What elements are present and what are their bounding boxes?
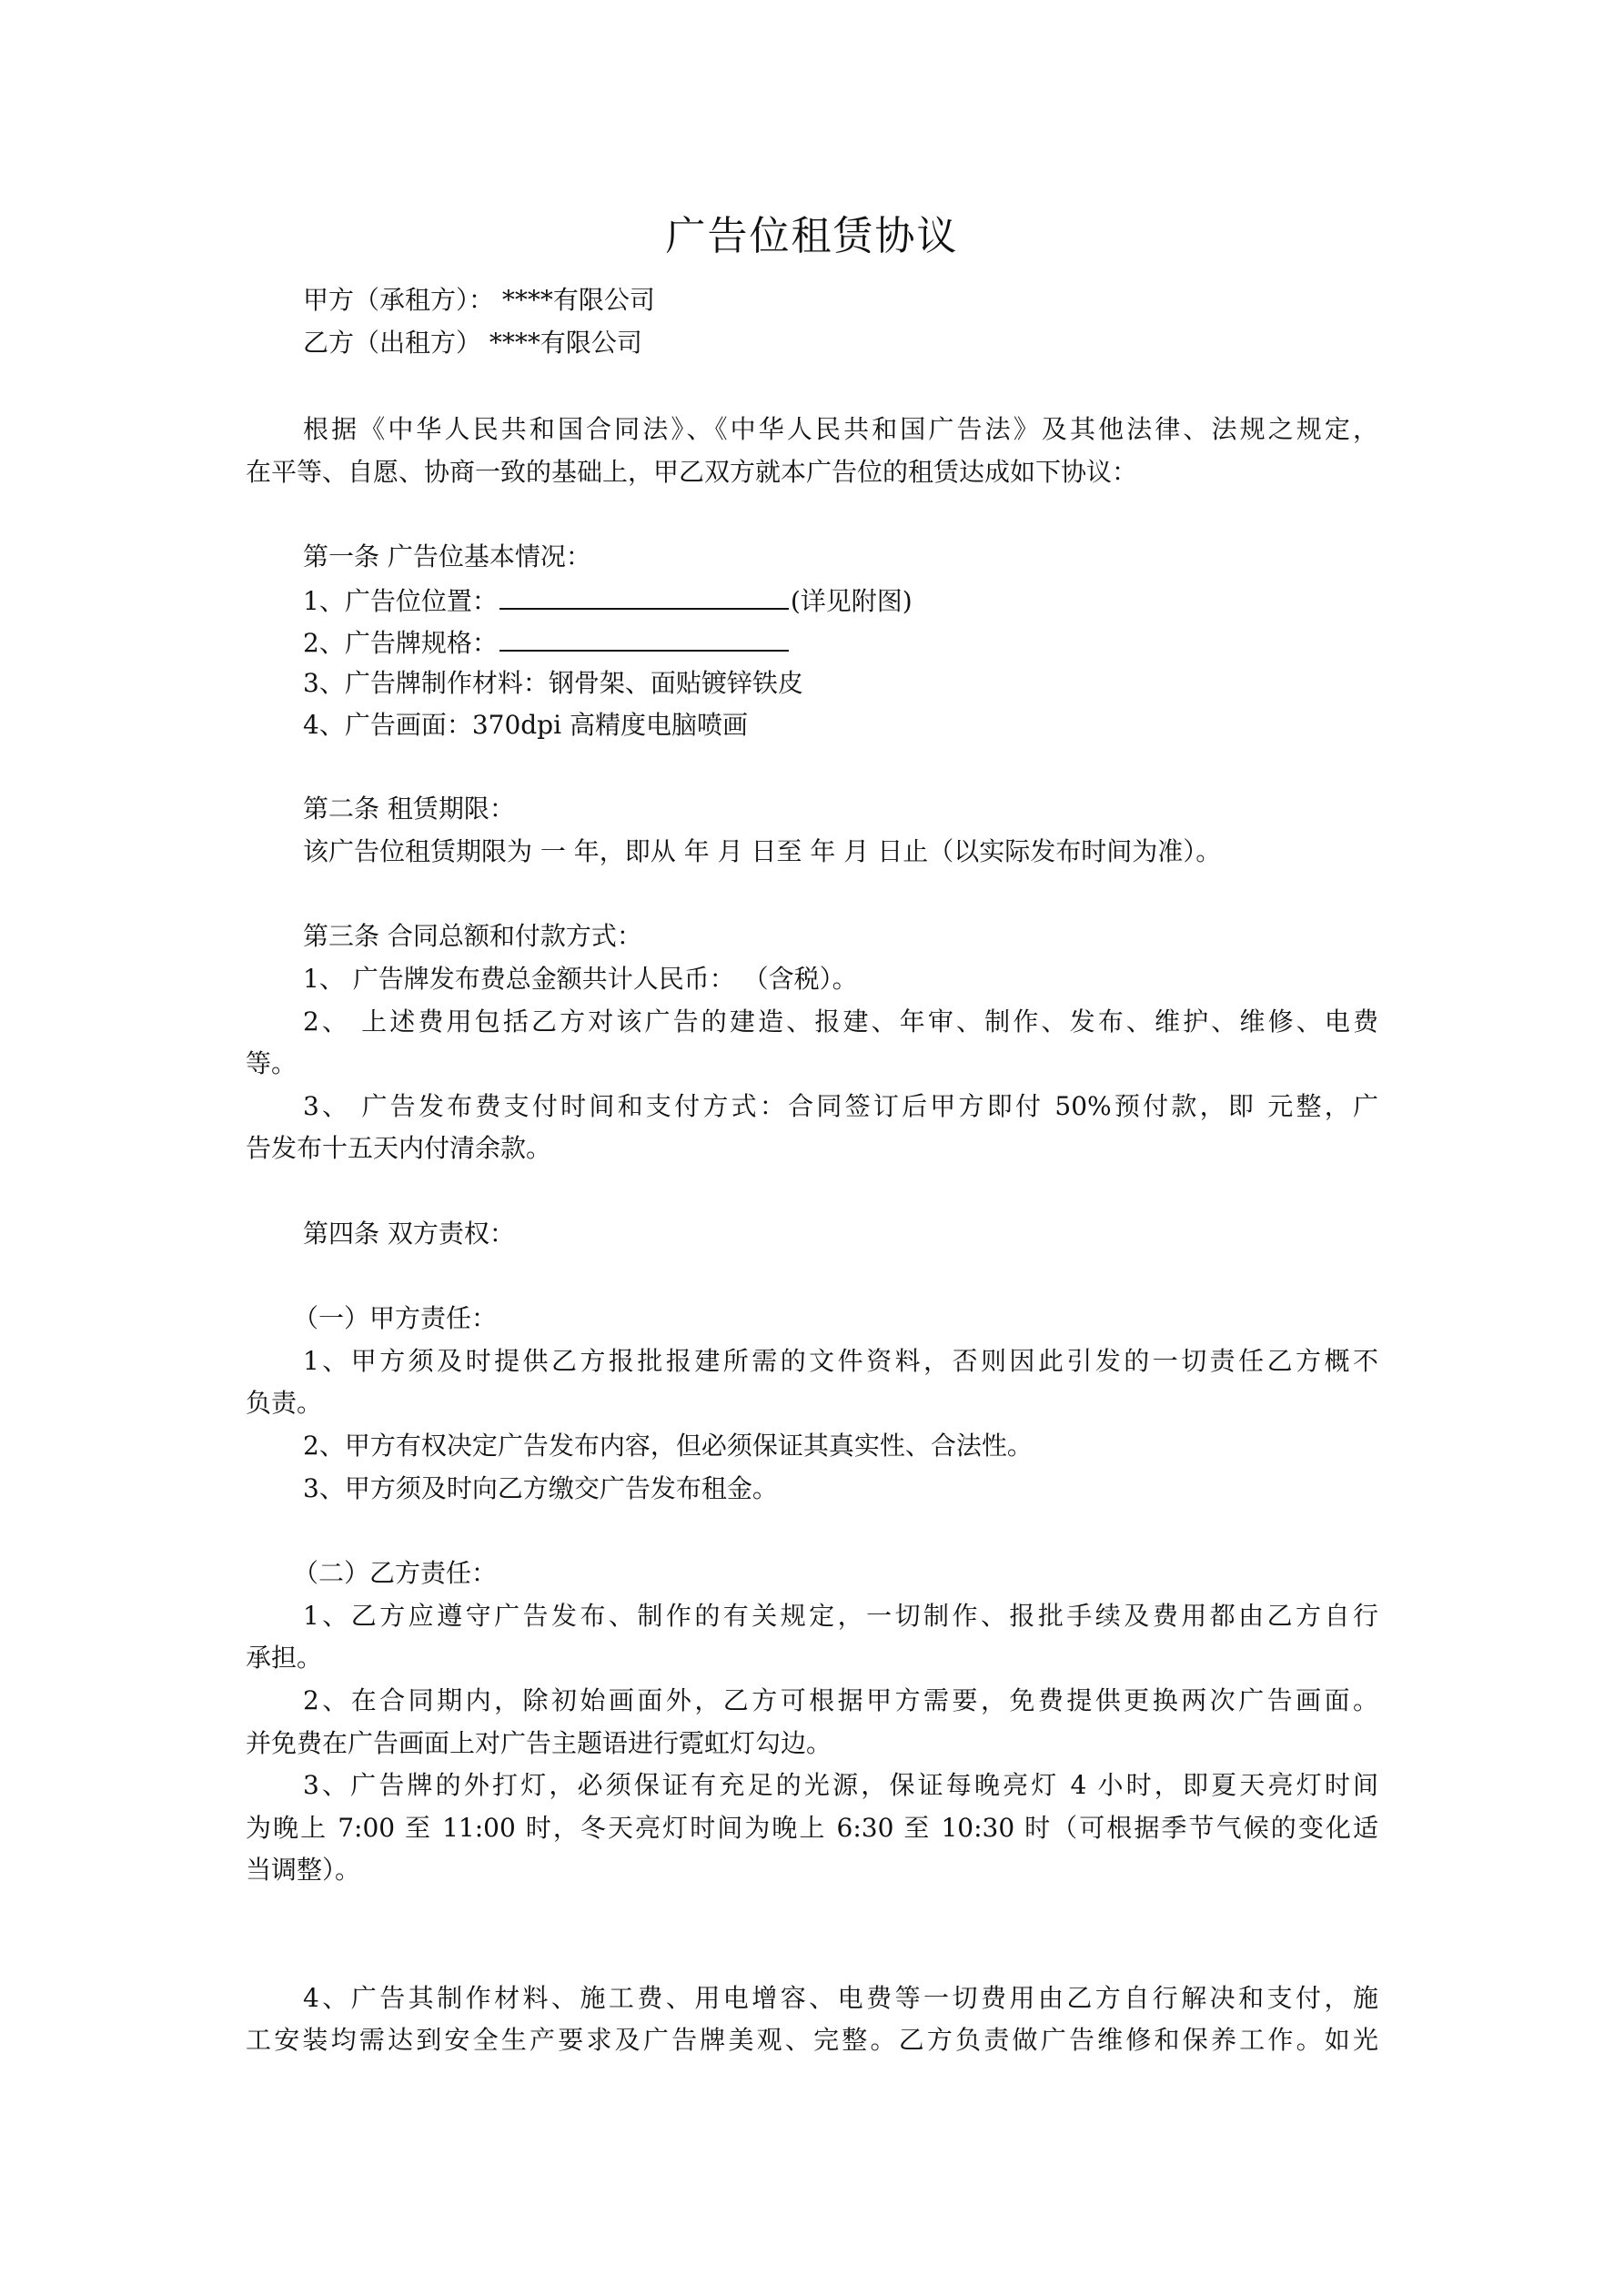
party-b-item-3-line-1: 3、广告牌的外打灯，必须保证有充足的光源，保证每晚亮灯 4 小时，即夏天亮灯时间 <box>303 1770 1378 1801</box>
party-a-item-1-line-1: 1、甲方须及时提供乙方报批报建所需的文件资料，否则因此引发的一切责任乙方概不 <box>303 1346 1378 1377</box>
party-a-section-heading: （一）甲方责任： <box>293 1303 497 1334</box>
party-b-item-1-line-1: 1、乙方应遵守广告发布、制作的有关规定，一切制作、报批手续及费用都由乙方自行 <box>303 1601 1378 1632</box>
item-1-suffix: (详见附图) <box>791 586 913 616</box>
party-b-item-3-line-2: 为晚上 7:00 至 11:00 时，冬天亮灯时间为晚上 6:30 至 10:3… <box>246 1813 1378 1844</box>
article-2-body: 该广告位租赁期限为 一 年，即从 年 月 日至 年 月 日止（以实际发布时间为准… <box>303 836 1221 867</box>
article-1-item-4: 4、广告画面：370dpi 高精度电脑喷画 <box>303 710 748 741</box>
article-3-item-3-line-2: 告发布十五天内付清余款。 <box>246 1133 551 1164</box>
location-blank-field[interactable] <box>499 584 789 610</box>
article-4-heading: 第四条 双方责权： <box>303 1219 515 1249</box>
item-2-label: 2、广告牌规格： <box>303 628 498 658</box>
article-1-item-1: 1、广告位位置：(详见附图) <box>303 584 913 617</box>
party-b-item-2-line-1: 2、在合同期内，除初始画面外，乙方可根据甲方需要，免费提供更换两次广告画面。 <box>303 1685 1378 1716</box>
party-b-item-4-line-1: 4、广告其制作材料、施工费、用电增容、电费等一切费用由乙方自行解决和支付，施 <box>303 1983 1378 2014</box>
party-b: 乙方（出租方） ****有限公司 <box>303 328 642 359</box>
party-a-item-3: 3、甲方须及时向乙方缴交广告发布租金。 <box>303 1473 778 1504</box>
article-3-heading: 第三条 合同总额和付款方式： <box>303 921 642 952</box>
document-title: 广告位租赁协议 <box>0 211 1624 262</box>
party-b-item-1-line-2: 承担。 <box>246 1643 322 1674</box>
party-b-item-2-line-2: 并免费在广告画面上对广告主题语进行霓虹灯勾边。 <box>246 1728 832 1759</box>
party-b-item-3-line-3: 当调整）。 <box>246 1855 360 1886</box>
preamble-line-1: 根据《中华人民共和国合同法》、《中华人民共和国广告法》及其他法律、法规之规定， <box>303 414 1378 445</box>
article-1-item-2: 2、广告牌规格： <box>303 626 789 659</box>
article-3-item-2-line-1: 2、 上述费用包括乙方对该广告的建造、报建、年审、制作、发布、维护、维修、电费 <box>303 1006 1378 1037</box>
item-1-label: 1、广告位位置： <box>303 586 498 616</box>
party-a-item-2: 2、甲方有权决定广告发布内容，但必须保证其真实性、合法性。 <box>303 1431 1033 1462</box>
article-1-heading: 第一条 广告位基本情况： <box>303 541 591 572</box>
preamble-line-2: 在平等、自愿、协商一致的基础上，甲乙双方就本广告位的租赁达成如下协议： <box>246 457 1137 488</box>
article-1-item-3: 3、广告牌制作材料：钢骨架、面贴镀锌铁皮 <box>303 668 803 699</box>
article-2-heading: 第二条 租赁期限： <box>303 794 515 824</box>
article-3-item-1: 1、 广告牌发布费总金额共计人民币： （含税）。 <box>303 964 858 995</box>
party-a: 甲方（承租方）： ****有限公司 <box>303 285 655 316</box>
party-b-item-4-line-2: 工安装均需达到安全生产要求及广告牌美观、完整。乙方负责做广告维修和保养工作。如光 <box>246 2025 1378 2056</box>
party-a-item-1-line-2: 负责。 <box>246 1388 322 1419</box>
spec-blank-field[interactable] <box>499 626 789 652</box>
article-3-item-3-line-1: 3、 广告发布费支付时间和支付方式：合同签订后甲方即付 50%预付款，即 元整，… <box>303 1091 1378 1122</box>
article-3-item-2-line-2: 等。 <box>246 1048 297 1079</box>
party-b-section-heading: （二）乙方责任： <box>293 1558 497 1589</box>
